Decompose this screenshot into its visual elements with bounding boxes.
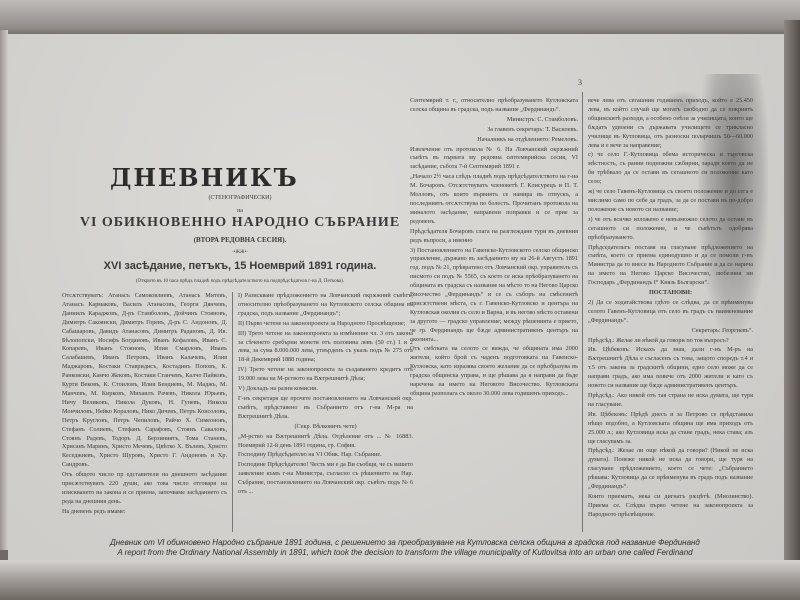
paragraph: Извлечение отъ протокола № 6. На Ловчанс… — [410, 146, 578, 173]
paragraph: Септемврий т. г., относително прѣобразув… — [410, 97, 578, 115]
paragraph: II) Първо четене на законопроекта за Нар… — [238, 320, 413, 329]
paragraph: 2) Да се ходатайствова гдѣто се слѣдва, … — [588, 299, 753, 326]
paragraph: Прѣдсѣд.: Желае ли още нѣкой да говори? … — [588, 447, 753, 492]
paragraph: Отъ общото число пр едставители на днешн… — [62, 471, 227, 507]
resolution-heading: ПОСТАНОВИ: — [588, 289, 753, 298]
text-column-1: Отсѫтствуватъ: Атанасъ Самоковлиевъ, Ата… — [62, 292, 227, 530]
text-column-2: I) Разискване прѣдложението на Ловчански… — [238, 292, 413, 530]
paragraph: III) Трето четене на законопроекта за из… — [238, 330, 413, 366]
paragraph: Г-нъ секретаря ще прочете постановлениет… — [238, 395, 413, 422]
paragraph: с) че село Г.-Кутловица обема историческ… — [588, 151, 753, 187]
paragraph: Прѣдсѣд.: Ако никой отъ тая страна не ис… — [588, 392, 753, 410]
frame-right-edge — [784, 20, 800, 580]
caption-english: A report from the Ordinary National Asse… — [60, 548, 750, 557]
assembly-name: VI ОБИКНОВЕННО НАРОДНО СЪБРАНИЕ — [60, 215, 420, 231]
exhibit-caption: Дневник от VI обикновено Народно събрани… — [60, 538, 750, 557]
paragraph: Отъ смѣтката на селото се вижда, че общи… — [410, 345, 578, 398]
paragraph: ж) че село Гавенъ-Кутловица съ своето по… — [588, 188, 753, 215]
paragraph: Ив. Цѣбековъ: Прѣдѣ днесъ и за Петрово с… — [588, 411, 753, 447]
paragraph: вече лева отъ сегашния годишенъ приходъ,… — [588, 97, 753, 150]
paragraph: з) че отъ всичко изложено е невъзможно с… — [588, 216, 753, 243]
paragraph: Прѣдсѣдателя Бочаровъ слага на разглежда… — [410, 228, 578, 246]
paragraph: Прѣдсѣд.: Желае ли нѣкой да говори по то… — [588, 337, 753, 346]
opening-note: (Открито въ 10 часа прѣдъ пладнѣ подъ пр… — [60, 279, 420, 284]
ornament: -•ЖЖ•- — [60, 250, 420, 255]
paragraph: На дневенъ редъ имаме: — [62, 508, 227, 517]
paragraph: Които приематъ, нека си дигнатъ рѫцѣтѣ. … — [588, 493, 753, 520]
signature: Началникъ на отдѣлението: Ремеловъ. — [410, 136, 578, 145]
frame-top-edge — [0, 0, 800, 36]
paragraph: „М-рство на Вѫтрешнитѣ Дѣла. Отдѣление о… — [238, 433, 413, 451]
paragraph: Отсѫтствуватъ: Атанасъ Самоковлиевъ, Ата… — [62, 292, 227, 470]
column-divider — [582, 92, 583, 532]
signature: Министръ: С. Стамболовъ. — [410, 116, 578, 125]
text-column-4: вече лева отъ сегашния годишенъ приходъ,… — [588, 97, 753, 530]
document-title: ДНЕВНИКЪ — [110, 163, 250, 192]
paragraph: Прѣдседательтъ поставя на гласуване прѣд… — [588, 244, 753, 289]
frame-bottom-edge — [0, 560, 800, 600]
paragraph: Господине Прѣдсѣдателю! Честь ми е да Ви… — [238, 461, 413, 497]
paragraph: V) Докладъ на разни комисии. — [238, 385, 413, 394]
session-name: (ВТОРА РЕДОВНА СЕСИЯ). — [60, 236, 420, 244]
paragraph: 3) Постановлението на Гавенско-Кутловско… — [410, 247, 578, 345]
paragraph: IV) Трето четене на законопроекта за съз… — [238, 366, 413, 384]
column-divider — [232, 292, 233, 532]
paragraph: „Начало 2½ часа слѣдъ пладнѣ подъ прѣдсѣ… — [410, 173, 578, 226]
signature: За главенъ секретарь: Т. Василевъ. — [410, 126, 578, 135]
stenographic-subtitle: (СТЕНОГРАФИЧЕСКИ) — [60, 195, 420, 201]
page-number: 3 — [578, 78, 582, 87]
subtitle-of: на — [60, 208, 420, 214]
paragraph: Ив. Цѣбековъ: Искахъ да зная, дали г-нъ … — [588, 346, 753, 391]
signature: Секретарь: Георгиевъ“. — [588, 327, 753, 336]
frame-left-edge — [0, 30, 8, 550]
sitting-heading: XVI засѣдание, петъкъ, 15 Ноемврий 1891 … — [60, 260, 420, 272]
paragraph: I) Разискване прѣдложението на Ловчански… — [238, 292, 413, 319]
paragraph: Господину Прѣдсѣдателю на VI Обик. Нар. … — [238, 451, 413, 460]
caption-bulgarian: Дневник от VI обикновено Народно събрани… — [60, 538, 750, 547]
text-column-3: Септемврий т. г., относително прѣобразув… — [410, 97, 578, 530]
paragraph: (Секр. Вѣлковичъ чете) — [238, 423, 413, 432]
